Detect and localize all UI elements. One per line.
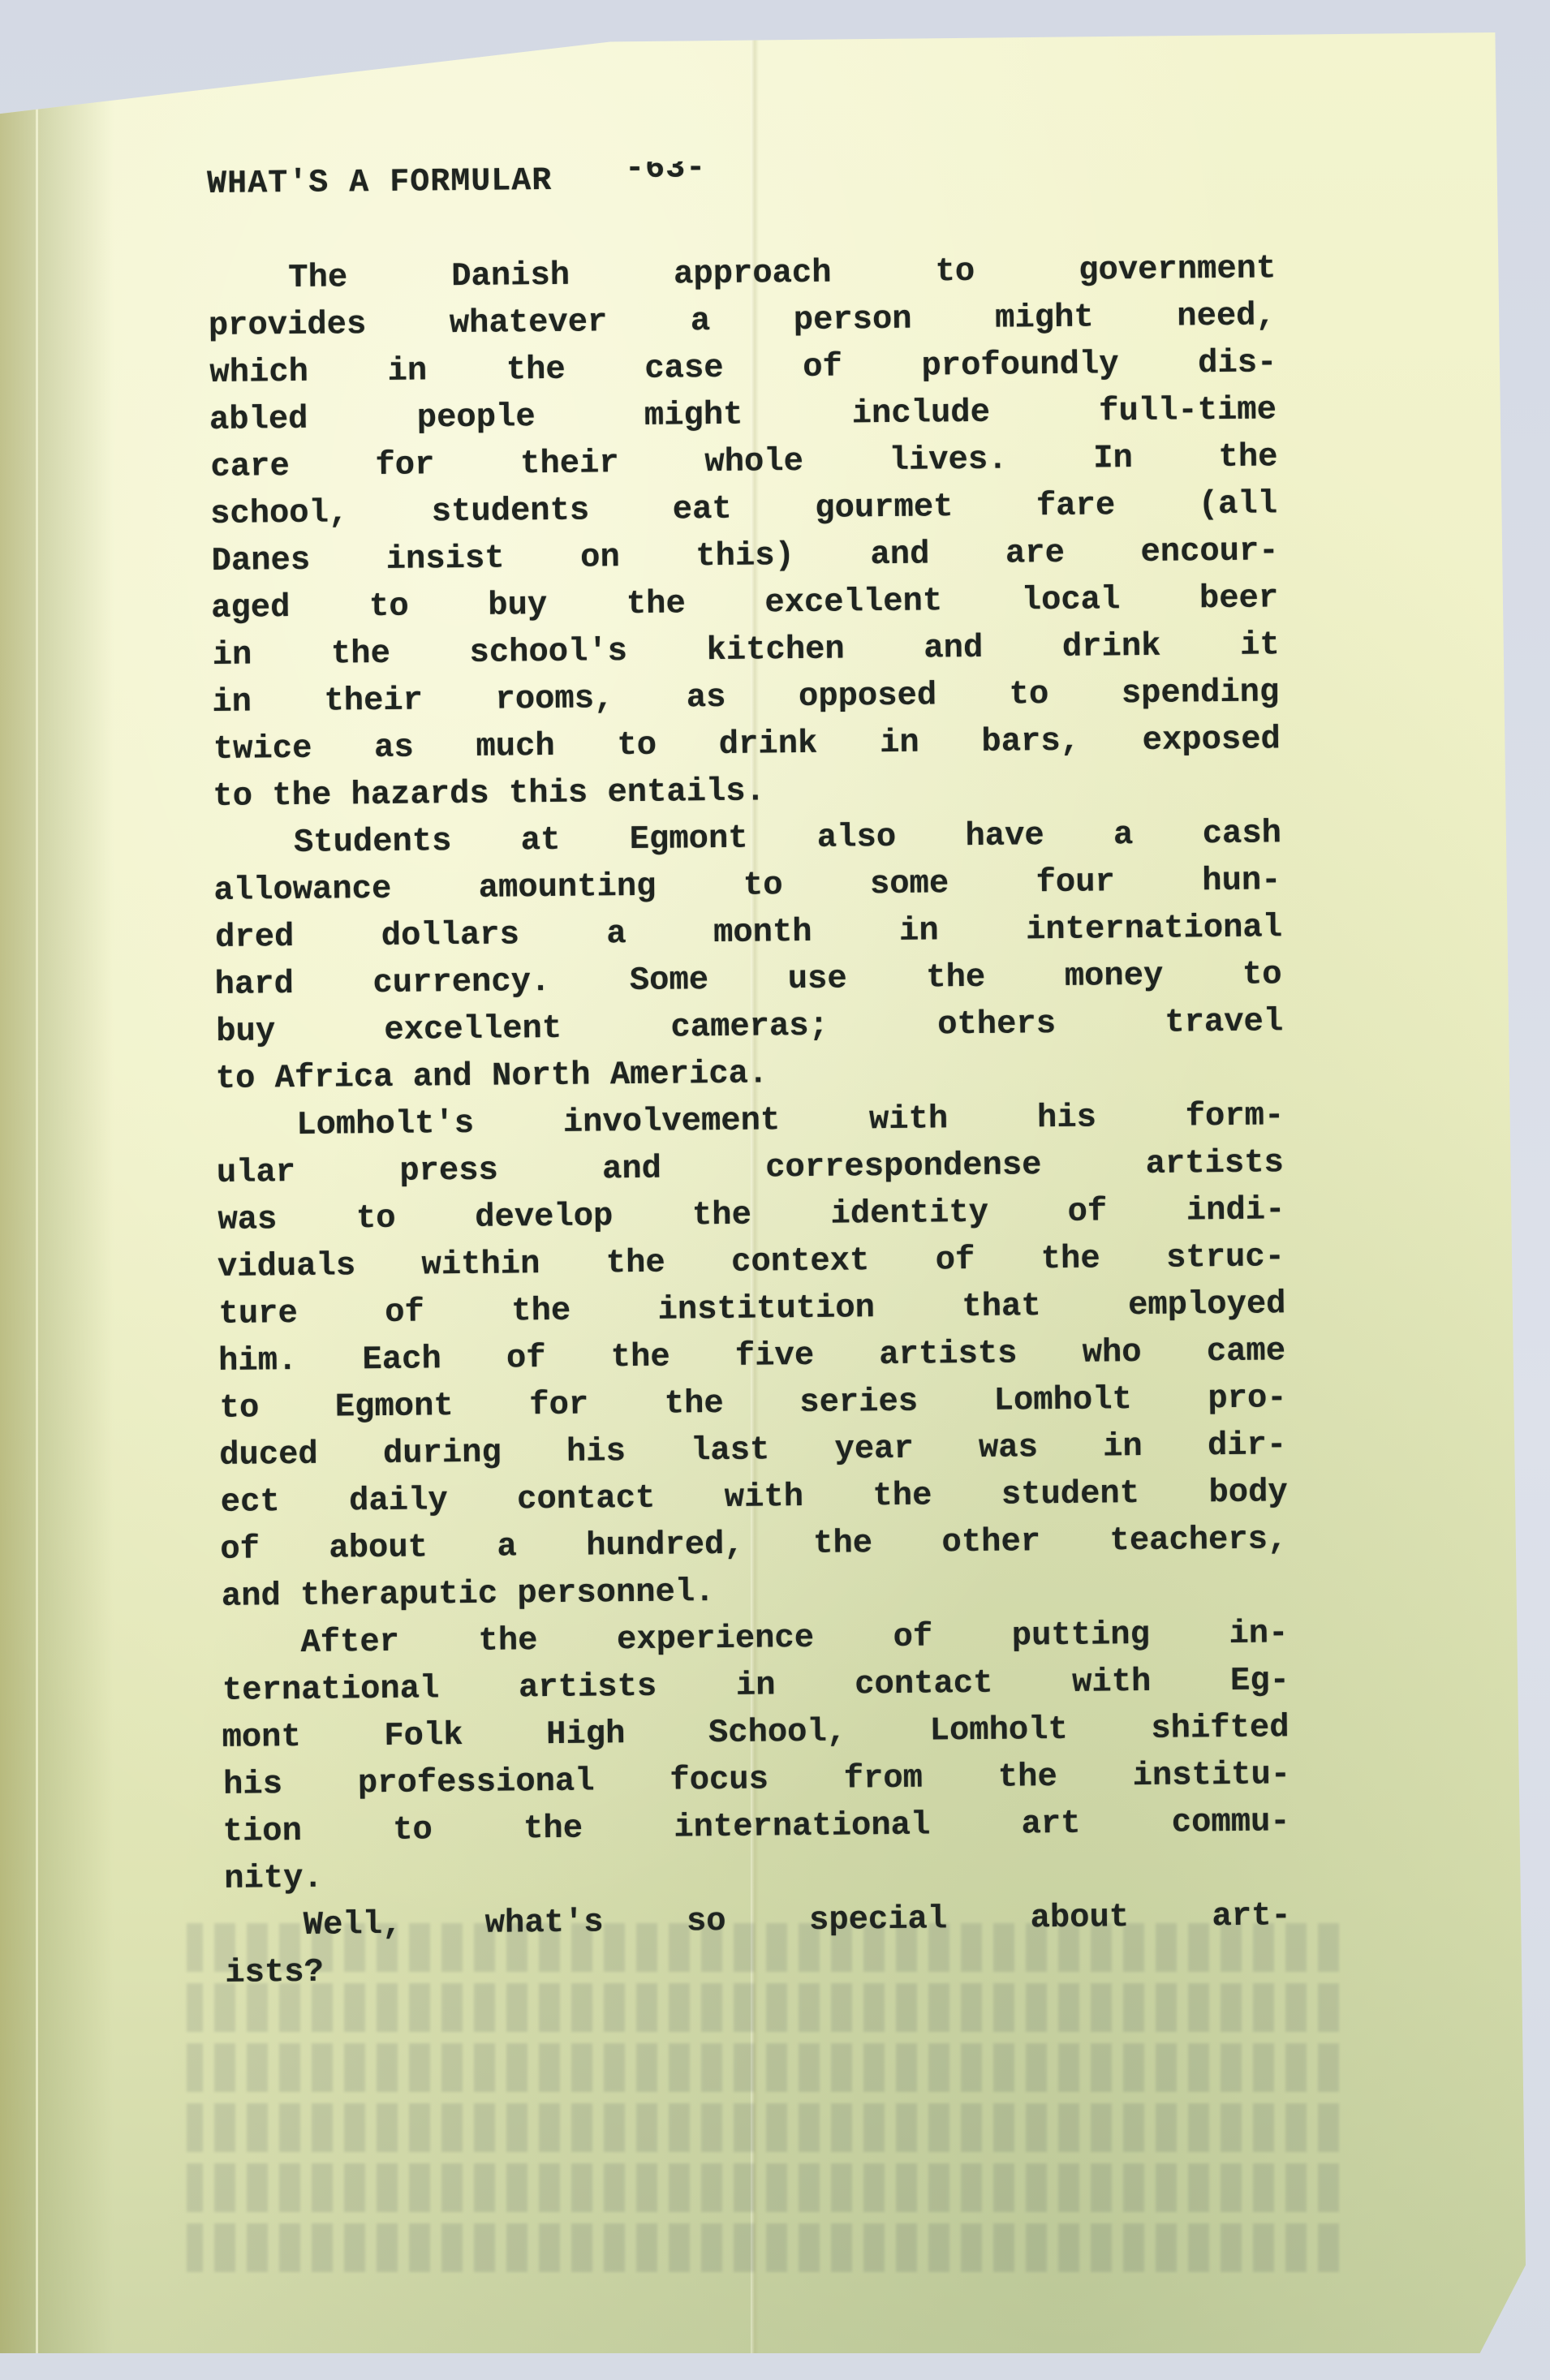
page-header: WHAT'S A FORMULAR -63- bbox=[207, 156, 1275, 223]
spine-edge bbox=[36, 32, 38, 2353]
spine-shadow bbox=[0, 32, 114, 2353]
page-number: -63- bbox=[625, 150, 706, 187]
page-content: WHAT'S A FORMULAR -63- The Danish approa… bbox=[207, 156, 1292, 1997]
photo-backdrop: WHAT'S A FORMULAR -63- The Danish approa… bbox=[0, 0, 1550, 2380]
body-text: The Danish approach to governmentprovide… bbox=[208, 245, 1292, 1997]
typewritten-page: WHAT'S A FORMULAR -63- The Danish approa… bbox=[0, 32, 1526, 2353]
running-head: WHAT'S A FORMULAR bbox=[207, 163, 552, 203]
